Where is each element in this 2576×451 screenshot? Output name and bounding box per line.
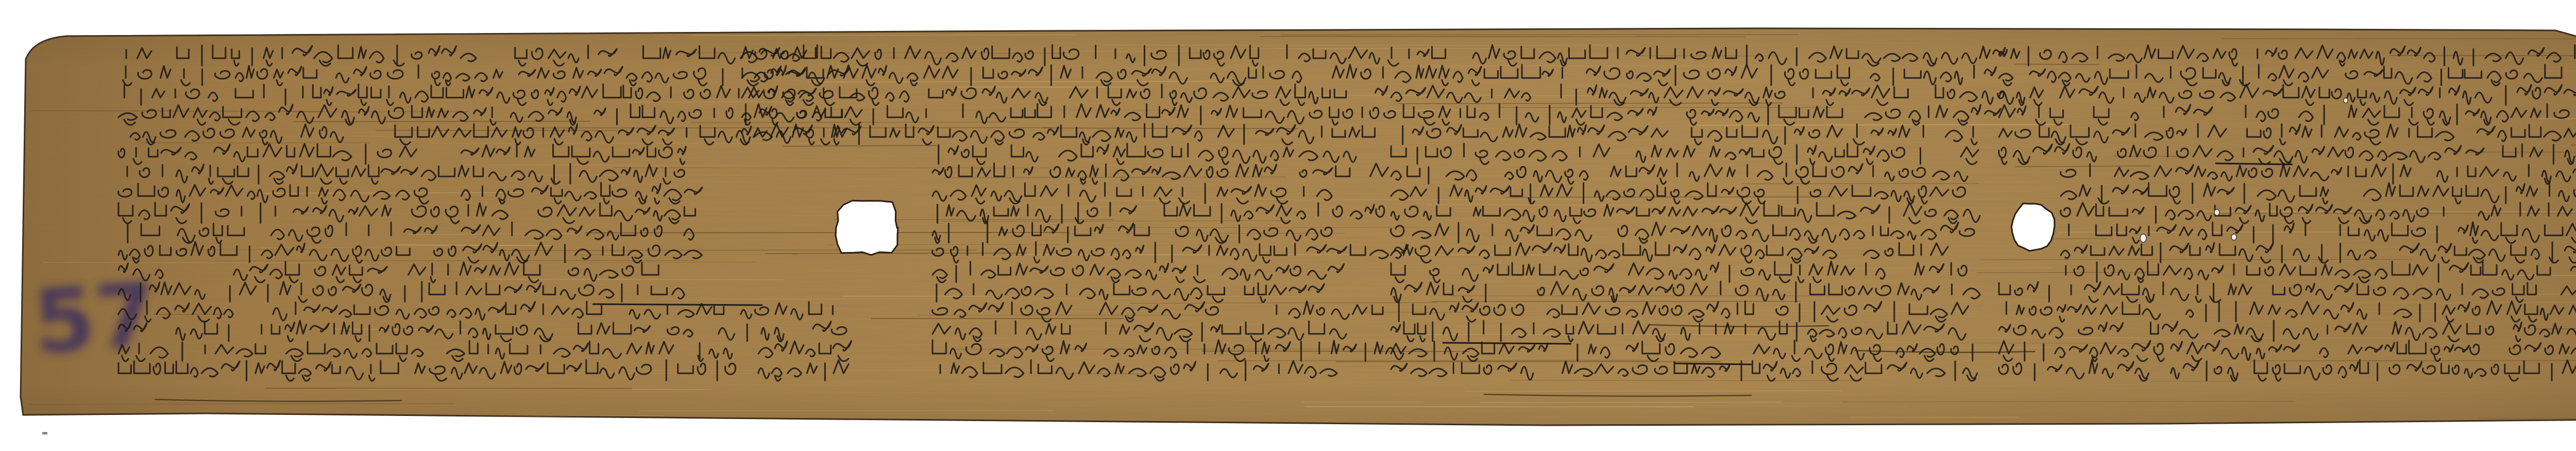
binding-hole bbox=[836, 201, 898, 255]
damage-hole bbox=[2140, 234, 2146, 242]
purple-stamp-57: 57 bbox=[31, 264, 160, 374]
scan-speck bbox=[42, 432, 47, 435]
damage-hole bbox=[2214, 209, 2219, 215]
binding-hole bbox=[2011, 204, 2055, 251]
palm-leaf: 57 570 bbox=[0, 0, 2576, 451]
svg-text:57: 57 bbox=[31, 264, 160, 374]
damage-hole bbox=[2344, 98, 2348, 103]
manuscript-scan: 57 570 571 bbox=[0, 0, 2576, 451]
damage-hole bbox=[2231, 234, 2236, 240]
